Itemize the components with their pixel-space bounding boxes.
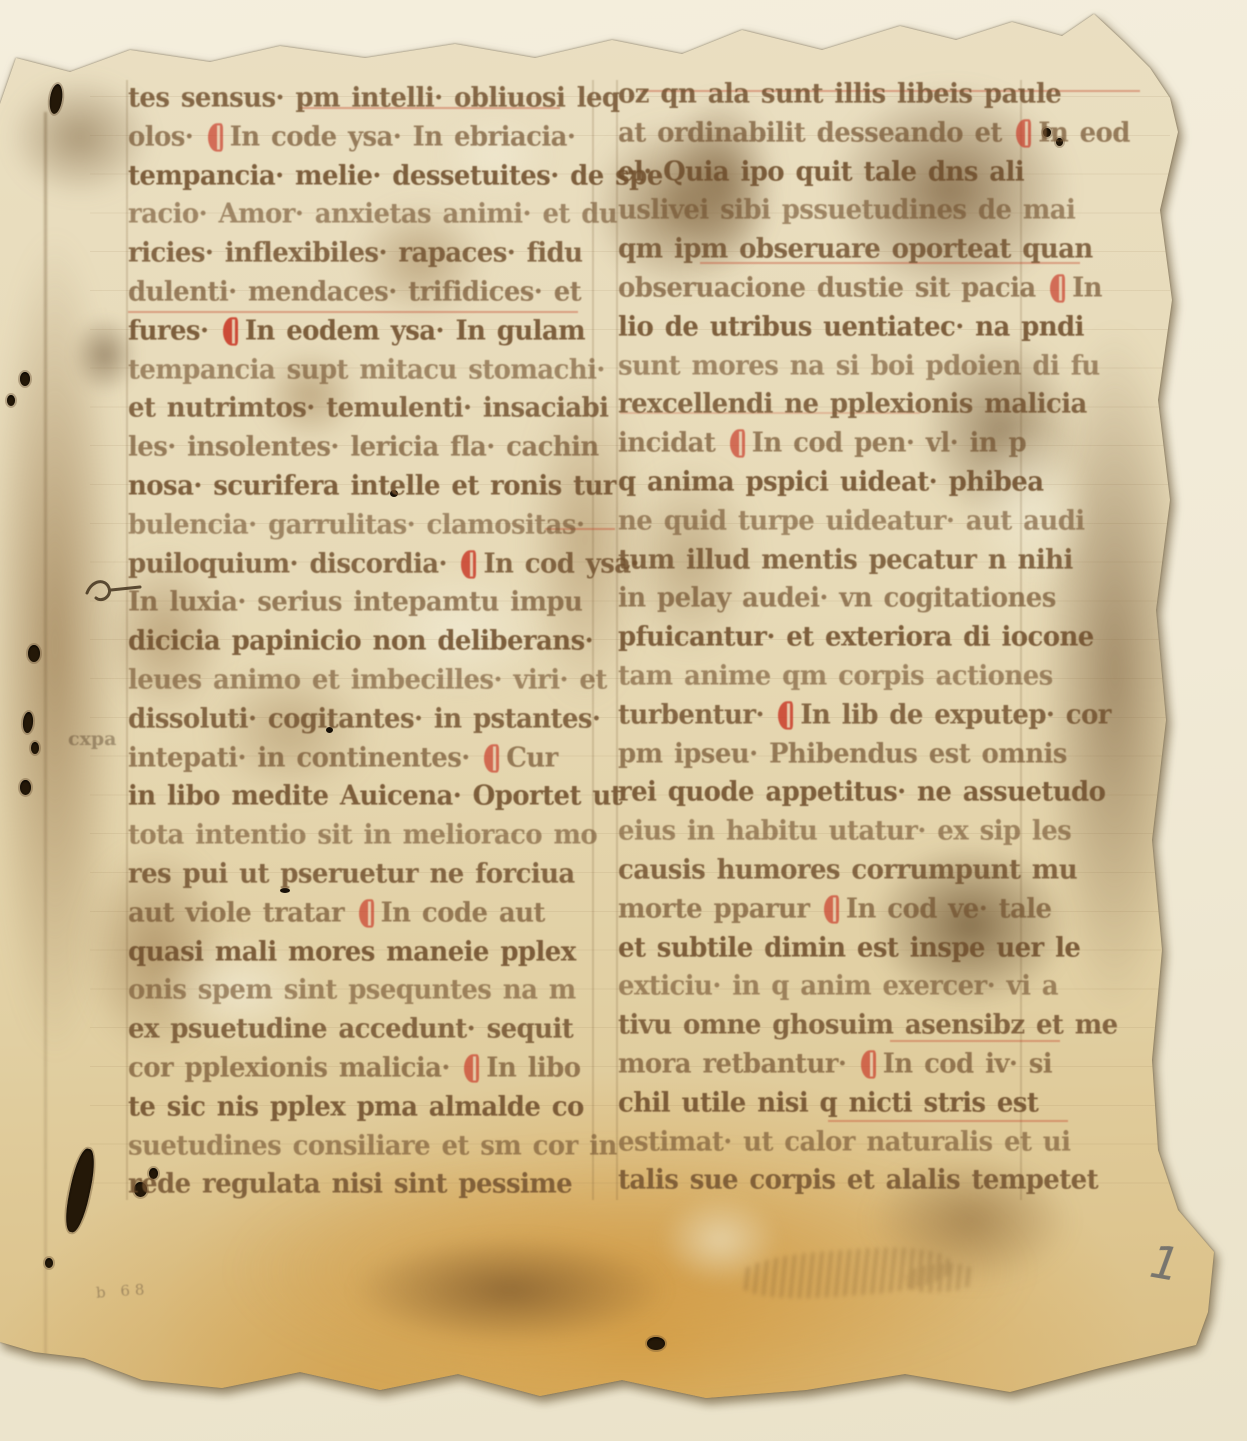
- text-segment: In eod: [1038, 117, 1130, 149]
- text-segment: chil utile nisi q nicti stris est: [618, 1087, 1038, 1119]
- marginal-note: cxpa: [68, 728, 117, 750]
- text-segment: el· Quia ipo quit tale dns ali: [618, 156, 1024, 188]
- rubric-paraph-mark: [861, 1050, 876, 1078]
- text-segment: exticiu· in q anim exercer· vi a: [618, 971, 1058, 1003]
- text-line: res pui ut pseruetur ne forciua: [128, 854, 623, 895]
- text-segment: lio de utribus uentiatec· na pndi: [618, 311, 1084, 343]
- text-segment: turbentur·: [618, 699, 775, 731]
- text-segment: tes sensus· pm intelli· obliuosi leq: [128, 82, 620, 114]
- text-column-left: tes sensus· pm intelli· obliuosi leqolos…: [128, 78, 623, 1203]
- text-line: causis humores corrumpunt mu: [618, 850, 1113, 891]
- text-segment: In: [1072, 272, 1102, 304]
- text-line: incidat In cod pen· vl· in p: [618, 423, 1113, 464]
- text-segment: In cod ysa·: [483, 548, 639, 580]
- text-line: qm ipm obseruare oporteat quan: [618, 229, 1113, 270]
- text-segment: causis humores corrumpunt mu: [618, 854, 1077, 886]
- text-line: nosa· scurifera intelle et ronis tur: [128, 466, 623, 507]
- text-line: talis sue corpis et alalis tempetet: [618, 1160, 1113, 1201]
- worm-hole: [28, 645, 40, 662]
- text-line: exticiu· in q anim exercer· vi a: [618, 966, 1113, 1007]
- text-segment: in libo medite Auicena· Oportet ut: [128, 781, 622, 813]
- parchment-surface: tes sensus· pm intelli· obliuosi leqolos…: [0, 0, 1247, 1441]
- text-line: tota intentio sit in melioraco mo: [128, 815, 623, 856]
- text-segment: In code aut: [381, 897, 545, 929]
- rubric-paraph-mark: [730, 429, 745, 457]
- text-line: pm ipseu· Phibendus est omnis: [618, 734, 1113, 775]
- text-line: eius in habitu utatur· ex sip les: [618, 811, 1113, 852]
- text-segment: olos·: [128, 121, 205, 153]
- text-line: ex psuetudine accedunt· sequit: [128, 1009, 623, 1050]
- text-line: dicicia papinicio non deliberans·: [128, 621, 623, 662]
- text-line: obseruacione dustie sit pacia In: [618, 268, 1113, 309]
- text-segment: quasi mali mores maneie pplex: [128, 936, 576, 968]
- text-segment: dicicia papinicio non deliberans·: [128, 625, 593, 657]
- text-segment: In eodem ysa· In gulam: [245, 315, 585, 347]
- text-segment: pfuicantur· et exteriora di iocone: [618, 621, 1094, 653]
- text-line: morte pparur In cod ve· tale: [618, 889, 1113, 930]
- text-segment: uslivei sibi pssuetudines de mai: [618, 195, 1075, 227]
- text-segment: oz qn ala sunt illis libeis paule: [618, 78, 1061, 110]
- text-line: dissoluti· cogitantes· in pstantes·: [128, 699, 623, 740]
- text-line: rede regulata nisi sint pessime: [128, 1164, 623, 1205]
- text-segment: obseruacione dustie sit pacia: [618, 272, 1047, 304]
- text-segment: et subtile dimin est inspe uer le: [618, 932, 1080, 964]
- text-line: intepati· in continentes· Cur: [128, 738, 623, 779]
- text-line: tivu omne ghosuim asensibz et me: [618, 1005, 1113, 1046]
- text-segment: les· insolentes· lericia fla· cachin: [128, 431, 599, 463]
- text-segment: In cod iv· si: [883, 1048, 1052, 1080]
- vertical-fold-crease: [44, 112, 47, 1364]
- text-line: cor pplexionis malicia· In libo: [128, 1048, 623, 1089]
- rubric-paraph-mark: [484, 744, 499, 772]
- text-segment: eius in habitu utatur· ex sip les: [618, 815, 1071, 847]
- text-segment: racio· Amor· anxietas animi· et du: [128, 199, 617, 231]
- text-line: fures· In eodem ysa· In gulam: [128, 311, 623, 352]
- text-line: q anima pspici uideat· phibea: [618, 462, 1113, 503]
- text-segment: estimat· ut calor naturalis et ui: [618, 1126, 1070, 1158]
- text-line: el· Quia ipo quit tale dns ali: [618, 152, 1113, 193]
- text-line: tam anime qm corpis actiones: [618, 656, 1113, 697]
- text-segment: dulenti· mendaces· trifidices· et: [128, 276, 581, 308]
- text-line: sunt mores na si boi pdoien di fu: [618, 346, 1113, 387]
- text-segment: ne quid turpe uideatur· aut audi: [618, 505, 1085, 537]
- text-line: leues animo et imbecilles· viri· et: [128, 660, 623, 701]
- worm-hole: [7, 395, 15, 406]
- text-line: rexcellendi ne pplexionis malicia: [618, 384, 1113, 425]
- folio-number: 1: [1141, 1235, 1189, 1292]
- rubric-paraph-mark: [778, 701, 793, 729]
- text-segment: In lib de exputep· cor: [800, 699, 1111, 731]
- rubric-paraph-mark: [223, 317, 238, 345]
- text-segment: tam anime qm corpis actiones: [618, 660, 1053, 692]
- text-line: et subtile dimin est inspe uer le: [618, 928, 1113, 969]
- text-segment: rei quode appetitus· ne assuetudo: [618, 777, 1105, 809]
- text-segment: et nutrimtos· temulenti· insaciabi: [128, 393, 608, 425]
- text-segment: In luxia· serius intepamtu impu: [128, 587, 582, 619]
- rubric-paraph-mark: [461, 550, 476, 578]
- text-segment: suetudines consiliare et sm cor in: [128, 1130, 617, 1162]
- text-line: turbentur· In lib de exputep· cor: [618, 695, 1113, 736]
- graphite-shelfmark: b 68: [95, 1280, 150, 1302]
- marginal-ink-squiggle: [84, 576, 146, 606]
- text-line: ne quid turpe uideatur· aut audi: [618, 501, 1113, 542]
- text-line: olos· In code ysa· In ebriacia·: [128, 117, 623, 158]
- manuscript-photo: tes sensus· pm intelli· obliuosi leqolos…: [0, 0, 1247, 1441]
- text-segment: in pelay audei· vn cogitationes: [618, 583, 1056, 615]
- rubric-paraph-mark: [1050, 274, 1065, 302]
- text-line: uslivei sibi pssuetudines de mai: [618, 190, 1113, 231]
- text-line: at ordinabilit desseando et In eod: [618, 113, 1113, 154]
- text-segment: tempancia supt mitacu stomachi·: [128, 354, 605, 386]
- text-line: In luxia· serius intepamtu impu: [128, 582, 623, 623]
- rubric-paraph-mark: [824, 895, 839, 923]
- text-segment: tum illud mentis pecatur n nihi: [618, 544, 1073, 576]
- text-segment: ex psuetudine accedunt· sequit: [128, 1013, 573, 1044]
- text-segment: intepati· in continentes·: [128, 742, 481, 774]
- worm-hole: [20, 780, 31, 795]
- text-segment: incidat: [618, 427, 727, 459]
- text-line: tempancia· melie· dessetuites· de spe: [128, 156, 623, 197]
- text-segment: nosa· scurifera intelle et ronis tur: [128, 470, 616, 502]
- text-line: suetudines consiliare et sm cor in: [128, 1126, 623, 1167]
- text-line: te sic nis pplex pma almalde co: [128, 1087, 623, 1128]
- text-line: in pelay audei· vn cogitationes: [618, 578, 1113, 619]
- text-segment: mora retbantur·: [618, 1048, 858, 1080]
- text-segment: fures·: [128, 315, 220, 347]
- text-line: dulenti· mendaces· trifidices· et: [128, 272, 623, 313]
- text-line: puiloquium· discordia· In cod ysa·: [128, 544, 623, 585]
- text-line: ricies· inflexibiles· rapaces· fidu: [128, 233, 623, 274]
- text-segment: In libo: [486, 1052, 580, 1084]
- text-column-right: oz qn ala sunt illis libeis pauleat ordi…: [618, 74, 1113, 1199]
- text-segment: pm ipseu· Phibendus est omnis: [618, 738, 1067, 770]
- text-segment: te sic nis pplex pma almalde co: [128, 1091, 584, 1123]
- text-line: racio· Amor· anxietas animi· et du: [128, 194, 623, 235]
- text-segment: onis spem sint psequntes na m: [128, 975, 576, 1007]
- rubric-paraph-mark: [208, 123, 223, 151]
- text-segment: In cod pen· vl· in p: [752, 427, 1026, 459]
- text-segment: In code ysa· In ebriacia·: [230, 121, 576, 153]
- text-segment: res pui ut pseruetur ne forciua: [128, 858, 575, 890]
- text-segment: talis sue corpis et alalis tempetet: [618, 1165, 1098, 1197]
- text-line: les· insolentes· lericia fla· cachin: [128, 427, 623, 468]
- text-segment: rexcellendi ne pplexionis malicia: [618, 389, 1087, 421]
- text-line: onis spem sint psequntes na m: [128, 970, 623, 1011]
- worm-hole: [31, 742, 39, 754]
- text-line: lio de utribus uentiatec· na pndi: [618, 307, 1113, 348]
- text-segment: cor pplexionis malicia·: [128, 1052, 461, 1084]
- text-segment: aut viole tratar: [128, 897, 356, 929]
- worm-hole: [647, 1337, 665, 1350]
- text-line: tes sensus· pm intelli· obliuosi leq: [128, 78, 623, 119]
- text-line: pfuicantur· et exteriora di iocone: [618, 617, 1113, 658]
- text-line: mora retbantur· In cod iv· si: [618, 1044, 1113, 1085]
- text-line: aut viole tratar In code aut: [128, 893, 623, 934]
- text-line: rei quode appetitus· ne assuetudo: [618, 772, 1113, 813]
- worm-hole: [45, 1258, 53, 1268]
- text-segment: bulencia· garrulitas· clamositas·: [128, 509, 584, 541]
- worm-hole: [20, 372, 30, 386]
- text-segment: qm ipm obseruare oporteat quan: [618, 233, 1093, 265]
- text-line: quasi mali mores maneie pplex: [128, 932, 623, 973]
- text-segment: leues animo et imbecilles· viri· et: [128, 664, 607, 696]
- text-segment: rede regulata nisi sint pessime: [128, 1169, 572, 1201]
- text-segment: puiloquium· discordia·: [128, 548, 458, 580]
- text-segment: Cur: [506, 742, 558, 774]
- text-line: chil utile nisi q nicti stris est: [618, 1083, 1113, 1124]
- text-segment: at ordinabilit desseando et: [618, 117, 1013, 149]
- text-segment: In cod ve· tale: [846, 893, 1052, 925]
- text-line: et nutrimtos· temulenti· insaciabi: [128, 388, 623, 429]
- text-segment: ricies· inflexibiles· rapaces· fidu: [128, 237, 582, 269]
- rubric-paraph-mark: [464, 1054, 479, 1082]
- text-segment: tivu omne ghosuim asensibz et me: [618, 1009, 1118, 1040]
- text-segment: tempancia· melie· dessetuites· de spe: [128, 160, 663, 192]
- text-segment: morte pparur: [618, 893, 821, 925]
- parchment-leaf: tes sensus· pm intelli· obliuosi leqolos…: [0, 0, 1247, 1441]
- text-segment: tota intentio sit in melioraco mo: [128, 819, 597, 851]
- text-line: estimat· ut calor naturalis et ui: [618, 1122, 1113, 1163]
- text-line: bulencia· garrulitas· clamositas·: [128, 505, 623, 546]
- text-segment: q anima pspici uideat· phibea: [618, 466, 1044, 498]
- rubric-paraph-mark: [1016, 119, 1031, 147]
- text-line: tum illud mentis pecatur n nihi: [618, 540, 1113, 581]
- rubric-paraph-mark: [359, 899, 374, 927]
- text-segment: sunt mores na si boi pdoien di fu: [618, 350, 1100, 382]
- text-line: in libo medite Auicena· Oportet ut: [128, 776, 623, 817]
- text-line: tempancia supt mitacu stomachi·: [128, 350, 623, 391]
- text-line: oz qn ala sunt illis libeis paule: [618, 74, 1113, 115]
- text-segment: dissoluti· cogitantes· in pstantes·: [128, 703, 600, 735]
